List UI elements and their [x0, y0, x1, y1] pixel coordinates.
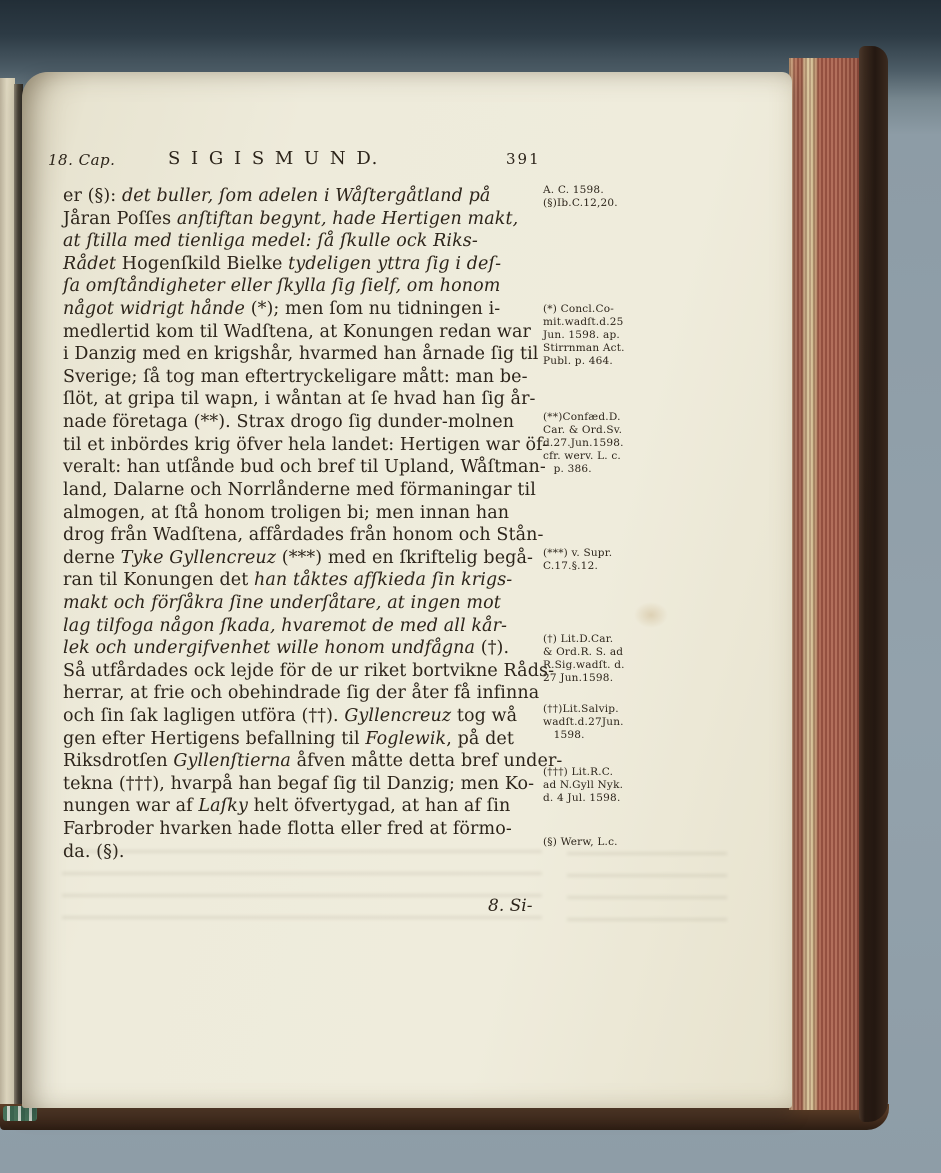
body-text-line: Jåran Poſſes anſtiftan begynt, hade Hert… [63, 209, 549, 232]
margin-note: (††)Lit.Salvip.wadſt.d.27Jun. 1598. [543, 703, 624, 742]
foxing-spot [634, 602, 668, 628]
red-stained-fore-edge [789, 58, 864, 1110]
headband [3, 1106, 37, 1121]
body-text-line: lek och undergifvenhet wille honom undfå… [63, 638, 549, 661]
body-text-line: veralt: han utſånde bud och bref til Upl… [63, 457, 549, 480]
body-text-line: nade företaga (**). Strax drogo ſig dund… [63, 412, 549, 435]
body-text-line: ran til Konungen det han tåktes afſkieda… [63, 570, 549, 593]
body-text-line: Rådet Hogenſkild Bielke tydeligen yttra … [63, 254, 549, 277]
margin-note: (*) Concl.Co-mit.wadſt.d.25Jun. 1598. ap… [543, 303, 625, 368]
running-title: S I G I S M U N D. [168, 148, 379, 169]
margin-note: (†) Lit.D.Car.& Ord.R. S. adR.Sig.wadſt.… [543, 633, 625, 685]
body-text-line: er (§): det buller, ſom adelen i Wåſterg… [63, 186, 549, 209]
verso-show-through [62, 850, 542, 936]
margin-note: (***) v. Supr.C.17.§.12. [543, 547, 612, 573]
chapter-label: 18. Cap. [48, 151, 115, 169]
body-text-line: drog från Wadſtena, affårdades från hono… [63, 525, 549, 548]
body-text-line: nungen war af Laſky helt öfvertygad, at … [63, 796, 549, 819]
facing-page-edge [0, 78, 15, 1108]
body-text-line: makt och förſåkra ſine underſåtare, at i… [63, 593, 549, 616]
book-page: 18. Cap. S I G I S M U N D. 391 er (§): … [22, 72, 792, 1108]
body-text-line: ſlöt, at gripa til wapn, i wåntan at ſe … [63, 389, 549, 412]
body-text-line: til et inbördes krig öfver hela landet: … [63, 435, 549, 458]
verso-show-through [567, 852, 727, 932]
margin-note: (†††) Lit.R.C.ad N.Gyll Nyk.d. 4 Jul. 15… [543, 766, 623, 805]
body-text-line: ſa omſtåndigheter eller ſkylla ſig ſielf… [63, 276, 549, 299]
body-text-line: gen efter Hertigens befallning til Fogle… [63, 729, 549, 752]
book-cover-right-edge [859, 46, 888, 1122]
margin-note: (§) Werw, L.c. [543, 836, 618, 849]
body-text-line: Farbroder hvarken hade flotta eller fred… [63, 819, 549, 842]
body-text-line: i Danzig med en krigshår, hvarmed han år… [63, 344, 549, 367]
body-text-line: lag tilfoga någon ſkada, hvaremot de med… [63, 616, 549, 639]
margin-note: A. C. 1598.(§)Ib.C.12,20. [543, 184, 618, 210]
body-text-line: tekna (†††), hvarpå han begaf ſig til Da… [63, 774, 549, 797]
body-text-line: derne Tyke Gyllencreuz (***) med en ſkri… [63, 548, 549, 571]
body-text-line: Riksdrotſen Gyllenſtierna åfven måtte de… [63, 751, 549, 774]
body-text-line: at ſtilla med tienliga medel: ſå ſkulle … [63, 231, 549, 254]
body-text-line: något widrigt hånde (*); men ſom nu tidn… [63, 299, 549, 322]
page-number: 391 [506, 150, 541, 168]
body-text-line: och ſin ſak lagligen utföra (††). Gyllen… [63, 706, 549, 729]
body-text-line: almogen, at ſtå honom troligen bi; men i… [63, 503, 549, 526]
body-text-line: herrar, at frie och obehindrade ſig der … [63, 683, 549, 706]
body-text-line: land, Dalarne och Norrlånderne med förma… [63, 480, 549, 503]
photo-backdrop: 18. Cap. S I G I S M U N D. 391 er (§): … [0, 0, 941, 1173]
body-text-line: Sverige; ſå tog man eftertryckeligare må… [63, 367, 549, 390]
margin-note: (**)Confæd.D.Car. & Ord.Sv.d.27.Jun.1598… [543, 411, 624, 476]
body-text-line: Så utfårdades ock lejde för de ur riket … [63, 661, 549, 684]
body-text-line: medlertid kom til Wadſtena, at Konungen … [63, 322, 549, 345]
body-text-column: er (§): det buller, ſom adelen i Wåſterg… [63, 186, 549, 864]
